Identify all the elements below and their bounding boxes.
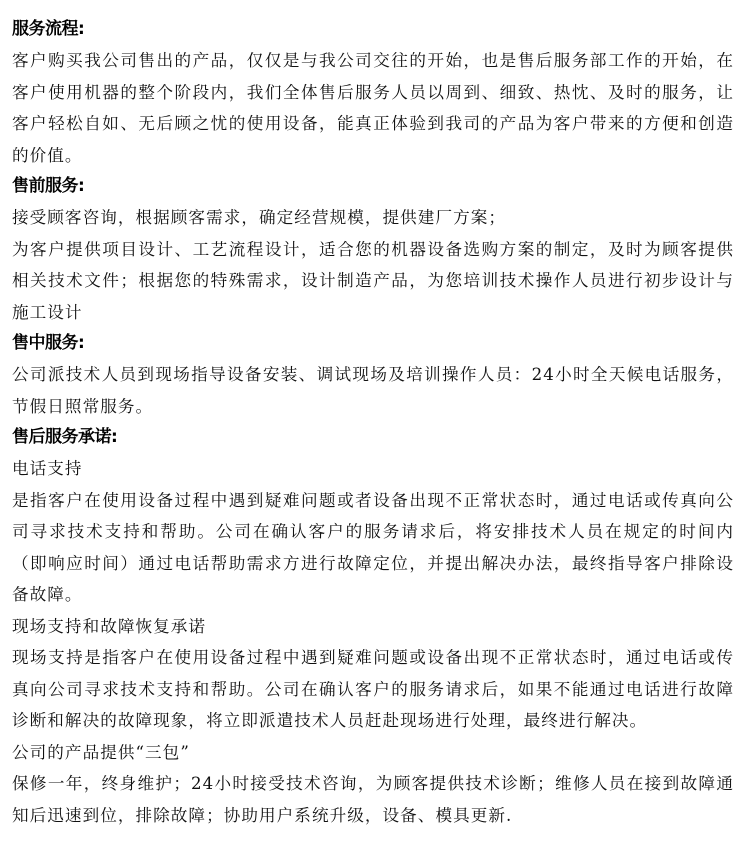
subsection-phone-support: 电话支持 是指客户在使用设备过程中遇到疑难问题或者设备出现不正常状态时，通过电话…	[12, 453, 734, 611]
section-service-process: 服务流程: 客户购买我公司售出的产品，仅仅是与我公司交往的开始，也是售后服务部工…	[12, 14, 734, 171]
section-after-sales: 售后服务承诺: 电话支持 是指客户在使用设备过程中遇到疑难问题或者设备出现不正常…	[12, 422, 734, 831]
subsection-onsite-support: 现场支持和故障恢复承诺 现场支持是指客户在使用设备过程中遇到疑难问题或设备出现不…	[12, 611, 734, 737]
section-heading: 售中服务:	[12, 328, 734, 359]
section-paragraph: 接受顾客咨询，根据顾客需求，确定经营规模，提供建厂方案；	[12, 202, 734, 234]
section-heading: 售后服务承诺:	[12, 422, 734, 453]
subsection-three-guarantees: 公司的产品提供“三包” 保修一年，终身维护；24小时接受技术咨询，为顾客提供技术…	[12, 737, 734, 832]
subsection-text: 现场支持是指客户在使用设备过程中遇到疑难问题或设备出现不正常状态时，通过电话或传…	[12, 642, 734, 737]
subsection-title: 公司的产品提供“三包”	[12, 737, 734, 769]
section-heading: 服务流程:	[12, 14, 734, 45]
section-paragraph: 公司派技术人员到现场指导设备安装、调试现场及培训操作人员：24小时全天候电话服务…	[12, 359, 734, 422]
section-in-sales: 售中服务: 公司派技术人员到现场指导设备安装、调试现场及培训操作人员：24小时全…	[12, 328, 734, 422]
subsection-title: 电话支持	[12, 453, 734, 485]
service-document: 服务流程: 客户购买我公司售出的产品，仅仅是与我公司交往的开始，也是售后服务部工…	[12, 14, 734, 831]
section-pre-sales: 售前服务: 接受顾客咨询，根据顾客需求，确定经营规模，提供建厂方案； 为客户提供…	[12, 171, 734, 328]
subsection-text: 是指客户在使用设备过程中遇到疑难问题或者设备出现不正常状态时，通过电话或传真向公…	[12, 485, 734, 611]
subsection-title: 现场支持和故障恢复承诺	[12, 611, 734, 643]
section-paragraph: 为客户提供项目设计、工艺流程设计，适合您的机器设备选购方案的制定，及时为顾客提供…	[12, 234, 734, 329]
subsection-text: 保修一年，终身维护；24小时接受技术咨询，为顾客提供技术诊断；维修人员在接到故障…	[12, 768, 734, 831]
section-paragraph: 客户购买我公司售出的产品，仅仅是与我公司交往的开始，也是售后服务部工作的开始，在…	[12, 45, 734, 171]
section-heading: 售前服务:	[12, 171, 734, 202]
